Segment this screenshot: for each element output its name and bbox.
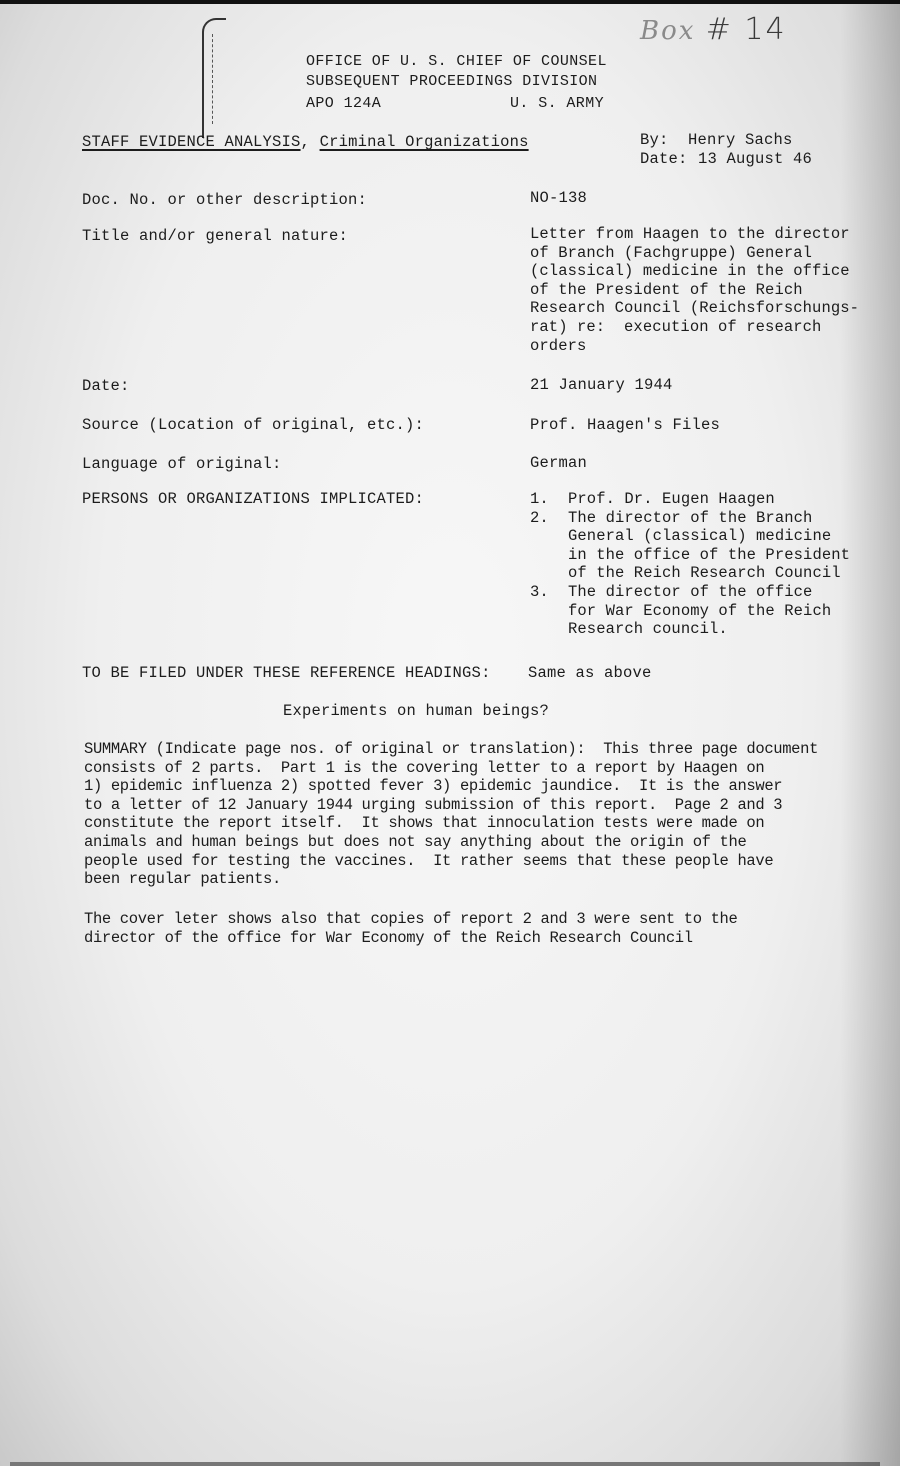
summary-line: 1) epidemic influenza 2) spotted fever 3…: [84, 777, 818, 796]
title-line: of the President of the Reich: [530, 281, 859, 300]
persons-item-number: 1.: [530, 490, 568, 509]
letterhead-apo: APO 124A: [306, 94, 381, 115]
cover-line: The cover leter shows also that copies o…: [84, 910, 737, 929]
persons-item-text: The director of the Branch: [568, 509, 812, 528]
author-name: Henry Sachs: [688, 131, 793, 150]
persons-item-number: [530, 546, 568, 565]
summary-line: people used for testing the vaccines. It…: [84, 852, 818, 871]
cover-line: director of the office for War Economy o…: [84, 929, 737, 948]
summary-line: animals and human beings but does not sa…: [84, 833, 818, 852]
title-value: Letter from Haagen to the directorof Bra…: [530, 225, 859, 355]
persons-list-item: General (classical) medicine: [530, 527, 850, 546]
page-top-edge: [0, 0, 900, 4]
persons-item-number: 2.: [530, 509, 568, 528]
persons-item-text: of the Reich Research Council: [568, 564, 841, 583]
date-value: 21 January 1944: [530, 376, 673, 395]
cover-letter-note: The cover leter shows also that copies o…: [84, 910, 737, 947]
doc-no-label: Doc. No. or other description:: [82, 191, 367, 210]
author-date-label: Date:: [640, 150, 688, 169]
title-line: Research Council (Reichsforschungs-: [530, 299, 859, 318]
persons-list-item: 3.The director of the office: [530, 583, 850, 602]
persons-item-number: [530, 564, 568, 583]
doc-no-value: NO-138: [530, 189, 587, 208]
reference-headings-label: TO BE FILED UNDER THESE REFERENCE HEADIN…: [82, 664, 491, 683]
persons-item-text: Research council.: [568, 620, 728, 639]
persons-label: PERSONS OR ORGANIZATIONS IMPLICATED:: [82, 490, 424, 509]
form-title-main: STAFF EVIDENCE ANALYSIS: [82, 133, 301, 151]
persons-list-item: 1.Prof. Dr. Eugen Haagen: [530, 490, 850, 509]
title-line: orders: [530, 337, 859, 356]
letterhead-line1: OFFICE OF U. S. CHIEF OF COUNSEL: [306, 52, 607, 73]
persons-item-text: in the office of the President: [568, 546, 850, 565]
handwritten-prefix: Box: [640, 16, 695, 46]
heading-note: Experiments on human beings?: [283, 702, 549, 721]
summary-line: constitute the report itself. It shows t…: [84, 814, 818, 833]
author-date: 13 August 46: [698, 150, 812, 169]
language-label: Language of original:: [82, 455, 282, 474]
persons-list-item: Research council.: [530, 620, 850, 639]
persons-item-text: General (classical) medicine: [568, 527, 831, 546]
source-value: Prof. Haagen's Files: [530, 416, 720, 435]
persons-list-item: 2.The director of the Branch: [530, 509, 850, 528]
language-value: German: [530, 454, 587, 473]
summary-line: consists of 2 parts. Part 1 is the cover…: [84, 759, 818, 778]
title-label: Title and/or general nature:: [82, 227, 348, 246]
persons-list-item: for War Economy of the Reich: [530, 602, 850, 621]
title-line: rat) re: execution of research: [530, 318, 859, 337]
handwritten-box-number: Box # 14: [640, 12, 787, 47]
persons-item-number: [530, 620, 568, 639]
persons-item-number: [530, 527, 568, 546]
document-page: Box # 14 OFFICE OF U. S. CHIEF OF COUNSE…: [0, 0, 900, 1466]
summary-text: SUMMARY (Indicate page nos. of original …: [84, 740, 818, 889]
persons-list: 1.Prof. Dr. Eugen Haagen2.The director o…: [530, 490, 850, 639]
date-label: Date:: [82, 377, 130, 396]
persons-item-number: 3.: [530, 583, 568, 602]
form-title-separator: ,: [301, 133, 320, 151]
source-label: Source (Location of original, etc.):: [82, 416, 424, 435]
page-bottom-edge: [10, 1462, 880, 1466]
handwritten-number: # 14: [706, 12, 787, 47]
reference-headings-value: Same as above: [528, 664, 652, 683]
letterhead-army: U. S. ARMY: [510, 94, 604, 115]
title-line: Letter from Haagen to the director: [530, 225, 859, 244]
form-title-category: Criminal Organizations: [320, 133, 529, 151]
persons-item-text: Prof. Dr. Eugen Haagen: [568, 490, 775, 509]
persons-list-item: in the office of the President: [530, 546, 850, 565]
author-by-label: By:: [640, 131, 669, 150]
paper-clip-icon: [202, 18, 226, 138]
title-line: of Branch (Fachgruppe) General: [530, 244, 859, 263]
summary-line: SUMMARY (Indicate page nos. of original …: [84, 740, 818, 759]
form-title: STAFF EVIDENCE ANALYSIS, Criminal Organi…: [82, 133, 529, 152]
persons-item-number: [530, 602, 568, 621]
letterhead-line2: SUBSEQUENT PROCEEDINGS DIVISION: [306, 72, 597, 93]
summary-line: been regular patients.: [84, 870, 818, 889]
persons-item-text: for War Economy of the Reich: [568, 602, 831, 621]
summary-line: to a letter of 12 January 1944 urging su…: [84, 796, 818, 815]
title-line: (classical) medicine in the office: [530, 262, 859, 281]
persons-list-item: of the Reich Research Council: [530, 564, 850, 583]
persons-item-text: The director of the office: [568, 583, 812, 602]
